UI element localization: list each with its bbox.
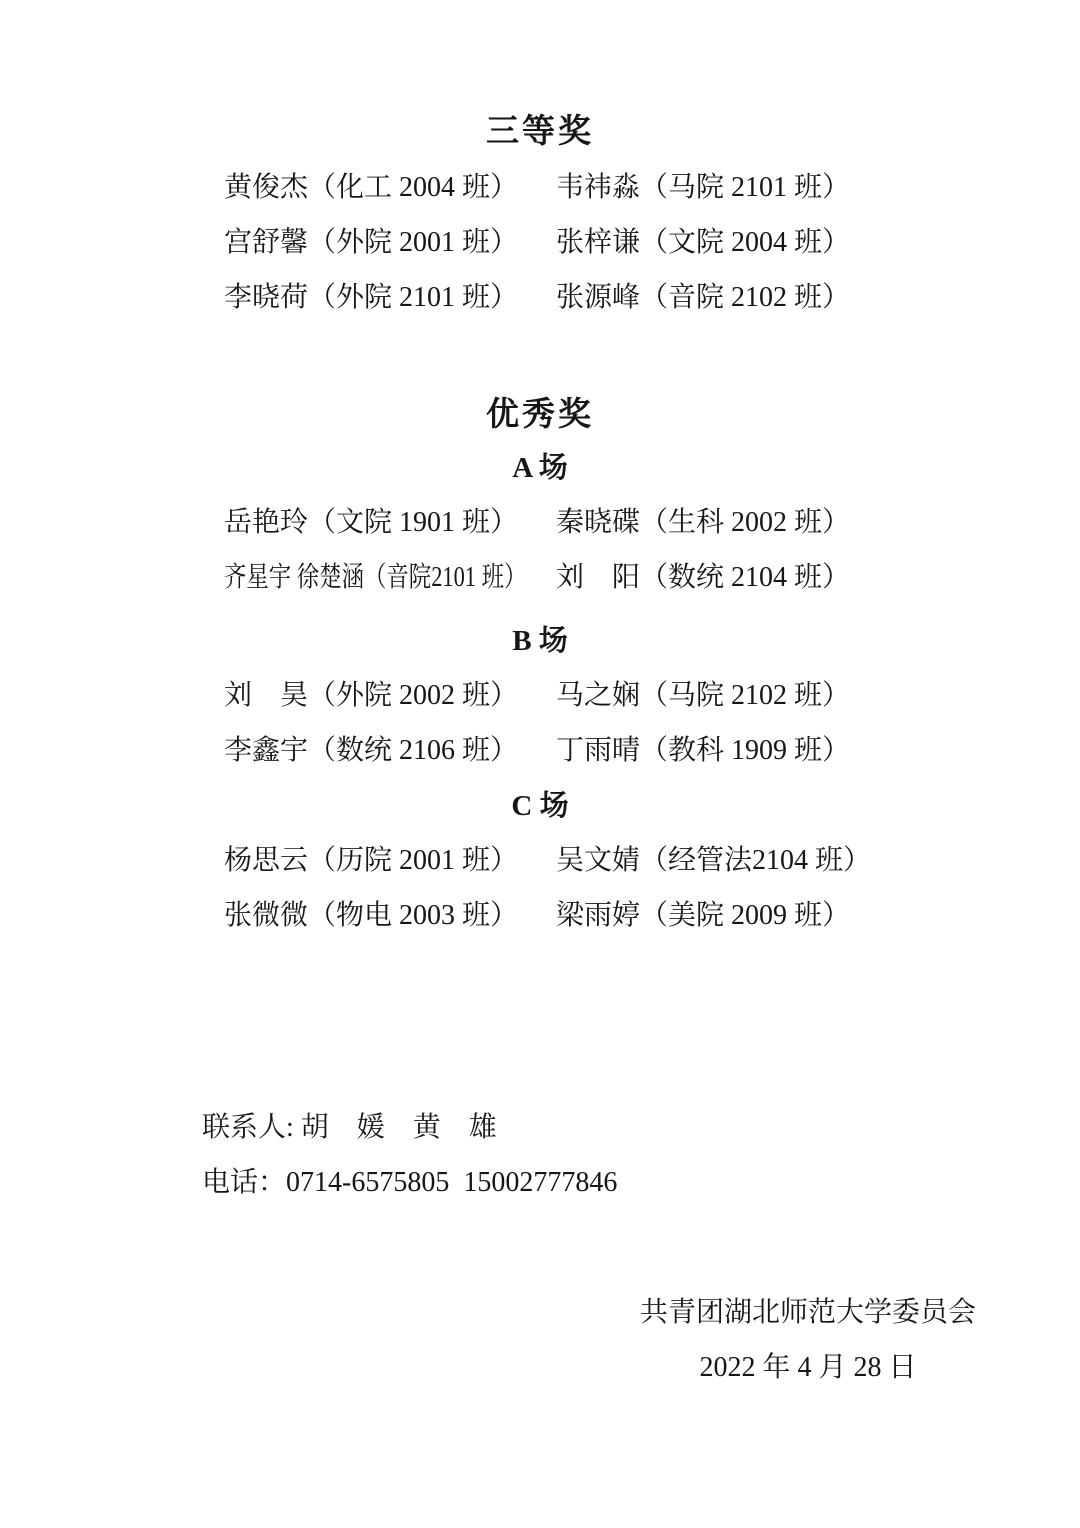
venue-a-label: A 场 bbox=[0, 450, 1080, 486]
award-row: 李晓荷（外院 2101 班） 张源峰（音院 2102 班） bbox=[0, 280, 1080, 315]
awardee-entry: 黄俊杰（化工 2004 班） bbox=[224, 170, 556, 205]
awardee-entry: 秦晓碟（生科 2002 班） bbox=[556, 505, 850, 540]
heading-excellence-prize: 优秀奖 bbox=[0, 393, 1080, 434]
awardee-entry: 梁雨婷（美院 2009 班） bbox=[556, 898, 850, 933]
awardee-entry: 吴文婧（经管法2104 班） bbox=[556, 843, 871, 878]
contact-phone-label: 电话： bbox=[202, 1167, 286, 1198]
award-row: 宫舒馨（外院 2001 班） 张梓谦（文院 2004 班） bbox=[0, 225, 1080, 260]
heading-third-prize: 三等奖 bbox=[0, 110, 1080, 151]
awardee-entry: 宫舒馨（外院 2001 班） bbox=[224, 225, 556, 260]
awardee-entry: 张微微（物电 2003 班） bbox=[224, 898, 556, 933]
award-row: 李鑫宇（数统 2106 班） 丁雨晴（教科 1909 班） bbox=[0, 733, 1080, 768]
venue-c-label: C 场 bbox=[0, 788, 1080, 824]
awardee-entry: 岳艳玲（文院 1901 班） bbox=[224, 505, 556, 540]
awardee-entry: 李鑫宇（数统 2106 班） bbox=[224, 733, 556, 768]
awardee-entry: 韦祎淼（马院 2101 班） bbox=[556, 170, 850, 205]
awardee-entry: 刘 昊（外院 2002 班） bbox=[224, 678, 556, 713]
awardee-entry: 杨思云（历院 2001 班） bbox=[224, 843, 556, 878]
contact-phone-line: 电话：0714-6575805 15002777846 bbox=[0, 1130, 1080, 1235]
awardee-entry: 齐星宇 徐楚涵（音院2101 班） bbox=[224, 560, 490, 595]
document-page: 三等奖 黄俊杰（化工 2004 班） 韦祎淼（马院 2101 班） 宫舒馨（外院… bbox=[0, 0, 1080, 1528]
signature-organization: 共青团湖北师范大学委员会 bbox=[608, 1295, 1008, 1330]
award-row: 张微微（物电 2003 班） 梁雨婷（美院 2009 班） bbox=[0, 898, 1080, 933]
award-row: 岳艳玲（文院 1901 班） 秦晓碟（生科 2002 班） bbox=[0, 505, 1080, 540]
awardee-entry: 刘 阳（数统 2104 班） bbox=[556, 560, 850, 595]
awardee-entry: 张源峰（音院 2102 班） bbox=[556, 280, 850, 315]
awardee-entry: 张梓谦（文院 2004 班） bbox=[556, 225, 850, 260]
contact-phone-numbers: 0714-6575805 15002777846 bbox=[286, 1167, 617, 1198]
venue-b-label: B 场 bbox=[0, 623, 1080, 659]
award-row: 刘 昊（外院 2002 班） 马之娴（马院 2102 班） bbox=[0, 678, 1080, 713]
award-row: 杨思云（历院 2001 班） 吴文婧（经管法2104 班） bbox=[0, 843, 1080, 878]
award-row: 齐星宇 徐楚涵（音院2101 班） 刘 阳（数统 2104 班） bbox=[0, 560, 1080, 595]
awardee-entry: 李晓荷（外院 2101 班） bbox=[224, 280, 556, 315]
signature-date: 2022 年 4 月 28 日 bbox=[608, 1350, 1008, 1385]
awardee-entry: 丁雨晴（教科 1909 班） bbox=[556, 733, 850, 768]
awardee-entry: 马之娴（马院 2102 班） bbox=[556, 678, 850, 713]
award-row: 黄俊杰（化工 2004 班） 韦祎淼（马院 2101 班） bbox=[0, 170, 1080, 205]
